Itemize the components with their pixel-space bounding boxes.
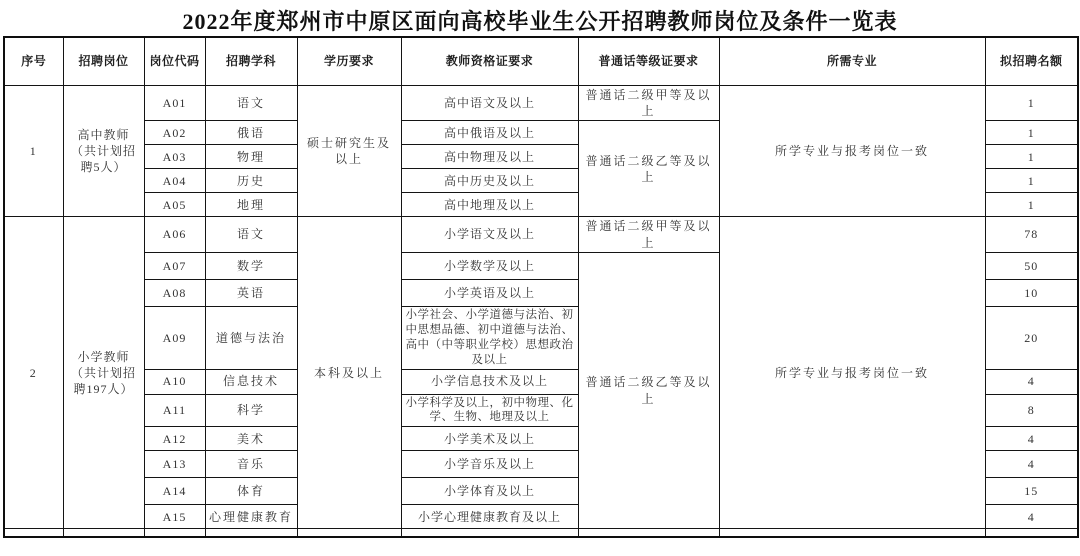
cert-cell: 小学美术及以上 [401, 427, 578, 451]
cert-cell: 高中地理及以上 [401, 193, 578, 217]
recruitment-table: 序号招聘岗位岗位代码招聘学科学历要求教师资格证要求普通话等级证要求所需专业拟招聘… [3, 36, 1079, 538]
subject-cell: 信息技术 [205, 369, 297, 394]
code-cell: A07 [144, 252, 205, 279]
quota-cell: 1 [985, 121, 1078, 145]
table-header-row: 序号招聘岗位岗位代码招聘学科学历要求教师资格证要求普通话等级证要求所需专业拟招聘… [4, 37, 1078, 86]
subject-cell: 美术 [205, 427, 297, 451]
document-page: 2022年度郑州市中原区面向高校毕业生公开招聘教师岗位及条件一览表 序号招聘岗位… [0, 0, 1080, 556]
subject-cell: 历史 [205, 169, 297, 193]
cert-cell: 高中历史及以上 [401, 169, 578, 193]
quota-cell: 50 [985, 252, 1078, 279]
empty-cell [4, 529, 63, 538]
position-cell: 高中教师（共计划招聘5人） [63, 86, 144, 217]
partial-row [4, 529, 1078, 538]
quota-cell: 8 [985, 394, 1078, 427]
education-cell: 本科及以上 [297, 217, 401, 529]
code-cell: A05 [144, 193, 205, 217]
empty-cell [578, 529, 719, 538]
subject-cell: 音乐 [205, 451, 297, 478]
education-cell: 硕士研究生及以上 [297, 86, 401, 217]
quota-cell: 20 [985, 306, 1078, 369]
empty-cell [144, 529, 205, 538]
table-header-row: 序号招聘岗位岗位代码招聘学科学历要求教师资格证要求普通话等级证要求所需专业拟招聘… [4, 37, 1078, 86]
subject-cell: 英语 [205, 279, 297, 306]
code-cell: A14 [144, 478, 205, 505]
putonghua-cell: 普通话二级甲等及以上 [578, 86, 719, 121]
subject-cell: 体育 [205, 478, 297, 505]
quota-cell: 78 [985, 217, 1078, 252]
quota-cell: 4 [985, 505, 1078, 529]
empty-cell [985, 529, 1078, 538]
column-header-col-cert: 教师资格证要求 [401, 37, 578, 86]
cert-cell: 小学社会、小学道德与法治、初中思想品德、初中道德与法治、高中（中等职业学校）思想… [401, 306, 578, 369]
column-header-col-code: 岗位代码 [144, 37, 205, 86]
subject-cell: 物理 [205, 145, 297, 169]
table-row: 2小学教师（共计划招聘197人）A06语文本科及以上小学语文及以上普通话二级甲等… [4, 217, 1078, 252]
subject-cell: 地理 [205, 193, 297, 217]
code-cell: A04 [144, 169, 205, 193]
quota-cell: 4 [985, 427, 1078, 451]
quota-cell: 1 [985, 86, 1078, 121]
code-cell: A15 [144, 505, 205, 529]
column-header-col-putonghua: 普通话等级证要求 [578, 37, 719, 86]
putonghua-cell: 普通话二级乙等及以上 [578, 252, 719, 529]
major-cell: 所学专业与报考岗位一致 [719, 86, 985, 217]
quota-cell: 1 [985, 193, 1078, 217]
section-index-cell: 2 [4, 217, 63, 529]
quota-cell: 4 [985, 451, 1078, 478]
table-row: 1高中教师（共计划招聘5人）A01语文硕士研究生及以上高中语文及以上普通话二级甲… [4, 86, 1078, 121]
empty-cell [401, 529, 578, 538]
code-cell: A08 [144, 279, 205, 306]
code-cell: A11 [144, 394, 205, 427]
quota-cell: 1 [985, 169, 1078, 193]
empty-cell [297, 529, 401, 538]
subject-cell: 道德与法治 [205, 306, 297, 369]
column-header-col-major: 所需专业 [719, 37, 985, 86]
column-header-col-education: 学历要求 [297, 37, 401, 86]
cert-cell: 高中语文及以上 [401, 86, 578, 121]
table-body: 1高中教师（共计划招聘5人）A01语文硕士研究生及以上高中语文及以上普通话二级甲… [4, 86, 1078, 538]
putonghua-cell: 普通话二级甲等及以上 [578, 217, 719, 252]
position-cell: 小学教师（共计划招聘197人） [63, 217, 144, 529]
major-cell: 所学专业与报考岗位一致 [719, 217, 985, 529]
page-title: 2022年度郑州市中原区面向高校毕业生公开招聘教师岗位及条件一览表 [0, 0, 1080, 36]
quota-cell: 4 [985, 369, 1078, 394]
cert-cell: 小学信息技术及以上 [401, 369, 578, 394]
code-cell: A10 [144, 369, 205, 394]
quota-cell: 10 [985, 279, 1078, 306]
code-cell: A01 [144, 86, 205, 121]
quota-cell: 15 [985, 478, 1078, 505]
code-cell: A12 [144, 427, 205, 451]
subject-cell: 数学 [205, 252, 297, 279]
column-header-col-quota: 拟招聘名额 [985, 37, 1078, 86]
cert-cell: 小学体育及以上 [401, 478, 578, 505]
subject-cell: 语文 [205, 217, 297, 252]
subject-cell: 俄语 [205, 121, 297, 145]
code-cell: A02 [144, 121, 205, 145]
cert-cell: 小学心理健康教育及以上 [401, 505, 578, 529]
section-index-cell: 1 [4, 86, 63, 217]
subject-cell: 语文 [205, 86, 297, 121]
quota-cell: 1 [985, 145, 1078, 169]
column-header-col-index: 序号 [4, 37, 63, 86]
subject-cell: 科学 [205, 394, 297, 427]
cert-cell: 小学音乐及以上 [401, 451, 578, 478]
code-cell: A13 [144, 451, 205, 478]
cert-cell: 小学数学及以上 [401, 252, 578, 279]
cert-cell: 小学科学及以上，初中物理、化学、生物、地理及以上 [401, 394, 578, 427]
code-cell: A03 [144, 145, 205, 169]
empty-cell [719, 529, 985, 538]
code-cell: A06 [144, 217, 205, 252]
putonghua-cell: 普通话二级乙等及以上 [578, 121, 719, 217]
cert-cell: 小学英语及以上 [401, 279, 578, 306]
code-cell: A09 [144, 306, 205, 369]
column-header-col-subject: 招聘学科 [205, 37, 297, 86]
empty-cell [63, 529, 144, 538]
empty-cell [205, 529, 297, 538]
cert-cell: 高中物理及以上 [401, 145, 578, 169]
subject-cell: 心理健康教育 [205, 505, 297, 529]
cert-cell: 小学语文及以上 [401, 217, 578, 252]
cert-cell: 高中俄语及以上 [401, 121, 578, 145]
column-header-col-position: 招聘岗位 [63, 37, 144, 86]
